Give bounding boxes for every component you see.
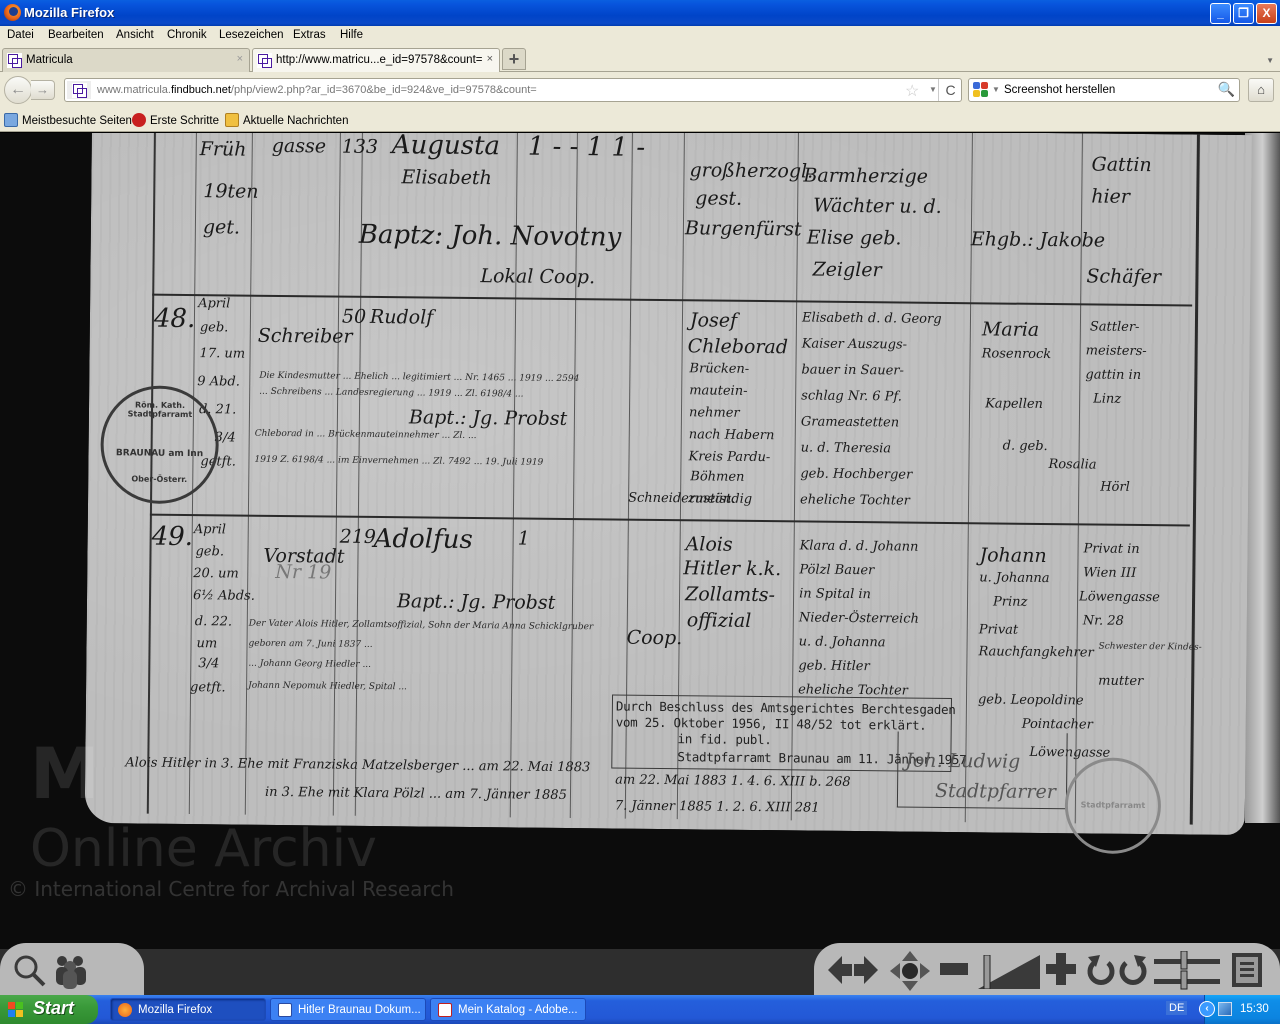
top-child-name: Augusta — [392, 133, 501, 161]
menu-chronik[interactable]: Chronik — [167, 29, 207, 41]
matricula-favicon-icon — [72, 83, 87, 98]
viewer-toolbar-right — [814, 943, 1280, 995]
parish-stamp-left: Röm. Kath. Stadtpfarramt BRAUNAU am Inn … — [100, 385, 219, 504]
matricula-favicon-icon — [7, 53, 22, 68]
bookmark-star-icon[interactable]: ☆ — [905, 81, 919, 101]
reload-button[interactable]: C — [938, 79, 962, 101]
menu-datei[interactable]: Datei — [7, 29, 34, 41]
entry-48-street: Schreiber — [258, 325, 353, 348]
menu-extras[interactable]: Extras — [293, 29, 326, 41]
minimize-button[interactable]: _ — [1210, 3, 1231, 24]
menu-ansicht[interactable]: Ansicht — [116, 29, 154, 41]
language-indicator[interactable]: DE — [1166, 1001, 1187, 1015]
rss-folder-icon — [225, 113, 239, 127]
forward-button[interactable]: → — [31, 80, 55, 100]
network-icon[interactable] — [1218, 1002, 1232, 1016]
menu-lesezeichen[interactable]: Lesezeichen — [219, 29, 284, 41]
entry-49-number: 49. — [152, 522, 194, 552]
search-tool-icon[interactable] — [12, 953, 48, 989]
home-button[interactable]: ⌂ — [1248, 78, 1274, 102]
zoom-in-icon[interactable] — [1046, 953, 1076, 985]
top-date: Früh — [200, 138, 247, 160]
menu-bar: Datei Bearbeiten Ansicht Chronik Lesezei… — [0, 26, 1280, 46]
site-identity-button[interactable] — [67, 81, 91, 99]
previous-page-icon[interactable] — [828, 955, 852, 985]
url-text[interactable]: www.matricula.findbuch.net/php/view2.php… — [97, 84, 537, 96]
zoom-out-icon[interactable] — [940, 963, 968, 977]
search-icon[interactable]: 🔍 — [1218, 81, 1235, 98]
entry-48-number: 48. — [154, 304, 196, 334]
firefox-red-icon — [132, 113, 146, 127]
users-tool-icon[interactable] — [52, 953, 90, 989]
adobe-icon — [438, 1003, 452, 1017]
tab-list-dropdown-icon[interactable]: ▼ — [1266, 56, 1274, 65]
url-bar[interactable]: www.matricula.findbuch.net/php/view2.php… — [64, 78, 962, 102]
top-baptizer: Baptz: Joh. Novotny — [359, 220, 622, 253]
taskbar: Start Mozilla Firefox Hitler Braunau Dok… — [0, 995, 1280, 1024]
tab-matricula[interactable]: Matricula × — [2, 48, 250, 72]
taskbar-item-adobe[interactable]: Mein Katalog - Adobe... — [430, 998, 586, 1021]
pan-icon[interactable] — [890, 951, 930, 991]
show-hidden-icons-chevron-icon[interactable]: ‹ — [1199, 1001, 1215, 1017]
bookmark-erste-schritte[interactable]: Erste Schritte — [132, 113, 219, 127]
search-bar[interactable]: ▼ Screenshot herstellen 🔍 — [968, 78, 1240, 102]
tab-label: Matricula — [26, 54, 73, 66]
entry-49-name: Adolfus — [374, 524, 473, 555]
tab-strip: Matricula × http://www.matricu...e_id=97… — [0, 46, 1280, 72]
bookmarks-bar: Meistbesuchte Seiten Erste Schritte Aktu… — [0, 108, 1280, 132]
google-engine-icon[interactable] — [973, 82, 989, 98]
page-list-icon[interactable] — [1232, 953, 1262, 987]
entry-49-baptizer: Bapt.: Jg. Probst — [397, 590, 556, 614]
maximize-button[interactable]: ❐ — [1233, 3, 1254, 24]
firefox-icon — [4, 4, 21, 21]
watermark-copyright: © International Centre for Archival Rese… — [8, 877, 454, 901]
parish-stamp-right: Stadtpfarramt — [1064, 757, 1161, 854]
tab-label: http://www.matricu...e_id=97578&count= — [276, 54, 482, 66]
word-document-icon — [278, 1003, 292, 1017]
taskbar-item-word-document[interactable]: Hitler Braunau Dokum... — [270, 998, 426, 1021]
rotate-left-icon[interactable] — [1086, 953, 1116, 987]
viewer-toolbar-left — [0, 943, 144, 995]
register-page-image[interactable]: Früh 19ten get. gasse 133 Augusta Elisab… — [85, 133, 1252, 835]
start-button[interactable]: Start — [0, 995, 98, 1024]
entry-48-name: Rudolf — [370, 306, 433, 329]
watermark-title: Online Archiv — [30, 819, 377, 879]
close-button[interactable]: X — [1256, 3, 1277, 24]
matricula-favicon-icon — [257, 53, 272, 68]
tab-close-icon[interactable]: × — [237, 53, 243, 65]
back-button[interactable]: ← — [4, 76, 32, 104]
search-folder-icon — [4, 113, 18, 127]
pastor-signature: Joh. Ludwig — [905, 750, 1020, 773]
engine-dropdown-icon[interactable]: ▼ — [992, 85, 1000, 94]
pencil-house-note: Nr 19 — [275, 561, 331, 584]
zoom-slider[interactable] — [978, 955, 1040, 989]
window-titlebar: Mozilla Firefox _ ❐ X — [0, 0, 1280, 26]
clock[interactable]: 15:30 — [1240, 1003, 1269, 1015]
firefox-icon — [118, 1003, 132, 1017]
system-tray: ‹ 15:30 — [1204, 995, 1280, 1024]
search-input[interactable]: Screenshot herstellen — [1004, 84, 1115, 96]
bookmark-aktuelle-nachrichten[interactable]: Aktuelle Nachrichten — [225, 113, 348, 127]
tab-current-page[interactable]: http://www.matricu...e_id=97578&count= × — [252, 48, 500, 73]
next-page-icon[interactable] — [854, 955, 878, 985]
history-dropdown-icon[interactable]: ▼ — [929, 85, 937, 94]
new-tab-button[interactable]: + — [502, 48, 526, 70]
bookmark-meistbesuchte-seiten[interactable]: Meistbesuchte Seiten — [4, 113, 132, 127]
watermark-logo: M — [30, 733, 100, 815]
windows-flag-icon — [8, 1002, 24, 1018]
menu-bearbeiten[interactable]: Bearbeiten — [48, 29, 104, 41]
rotate-right-icon[interactable] — [1118, 953, 1148, 987]
taskbar-item-firefox[interactable]: Mozilla Firefox — [110, 998, 266, 1021]
navigation-bar: ← → www.matricula.findbuch.net/php/view2… — [0, 72, 1280, 108]
window-title: Mozilla Firefox — [24, 5, 114, 20]
adjust-sliders-icon[interactable] — [1154, 951, 1220, 991]
menu-hilfe[interactable]: Hilfe — [340, 29, 363, 41]
tab-close-icon[interactable]: × — [487, 53, 493, 65]
document-viewer[interactable]: Früh 19ten get. gasse 133 Augusta Elisab… — [0, 133, 1280, 995]
